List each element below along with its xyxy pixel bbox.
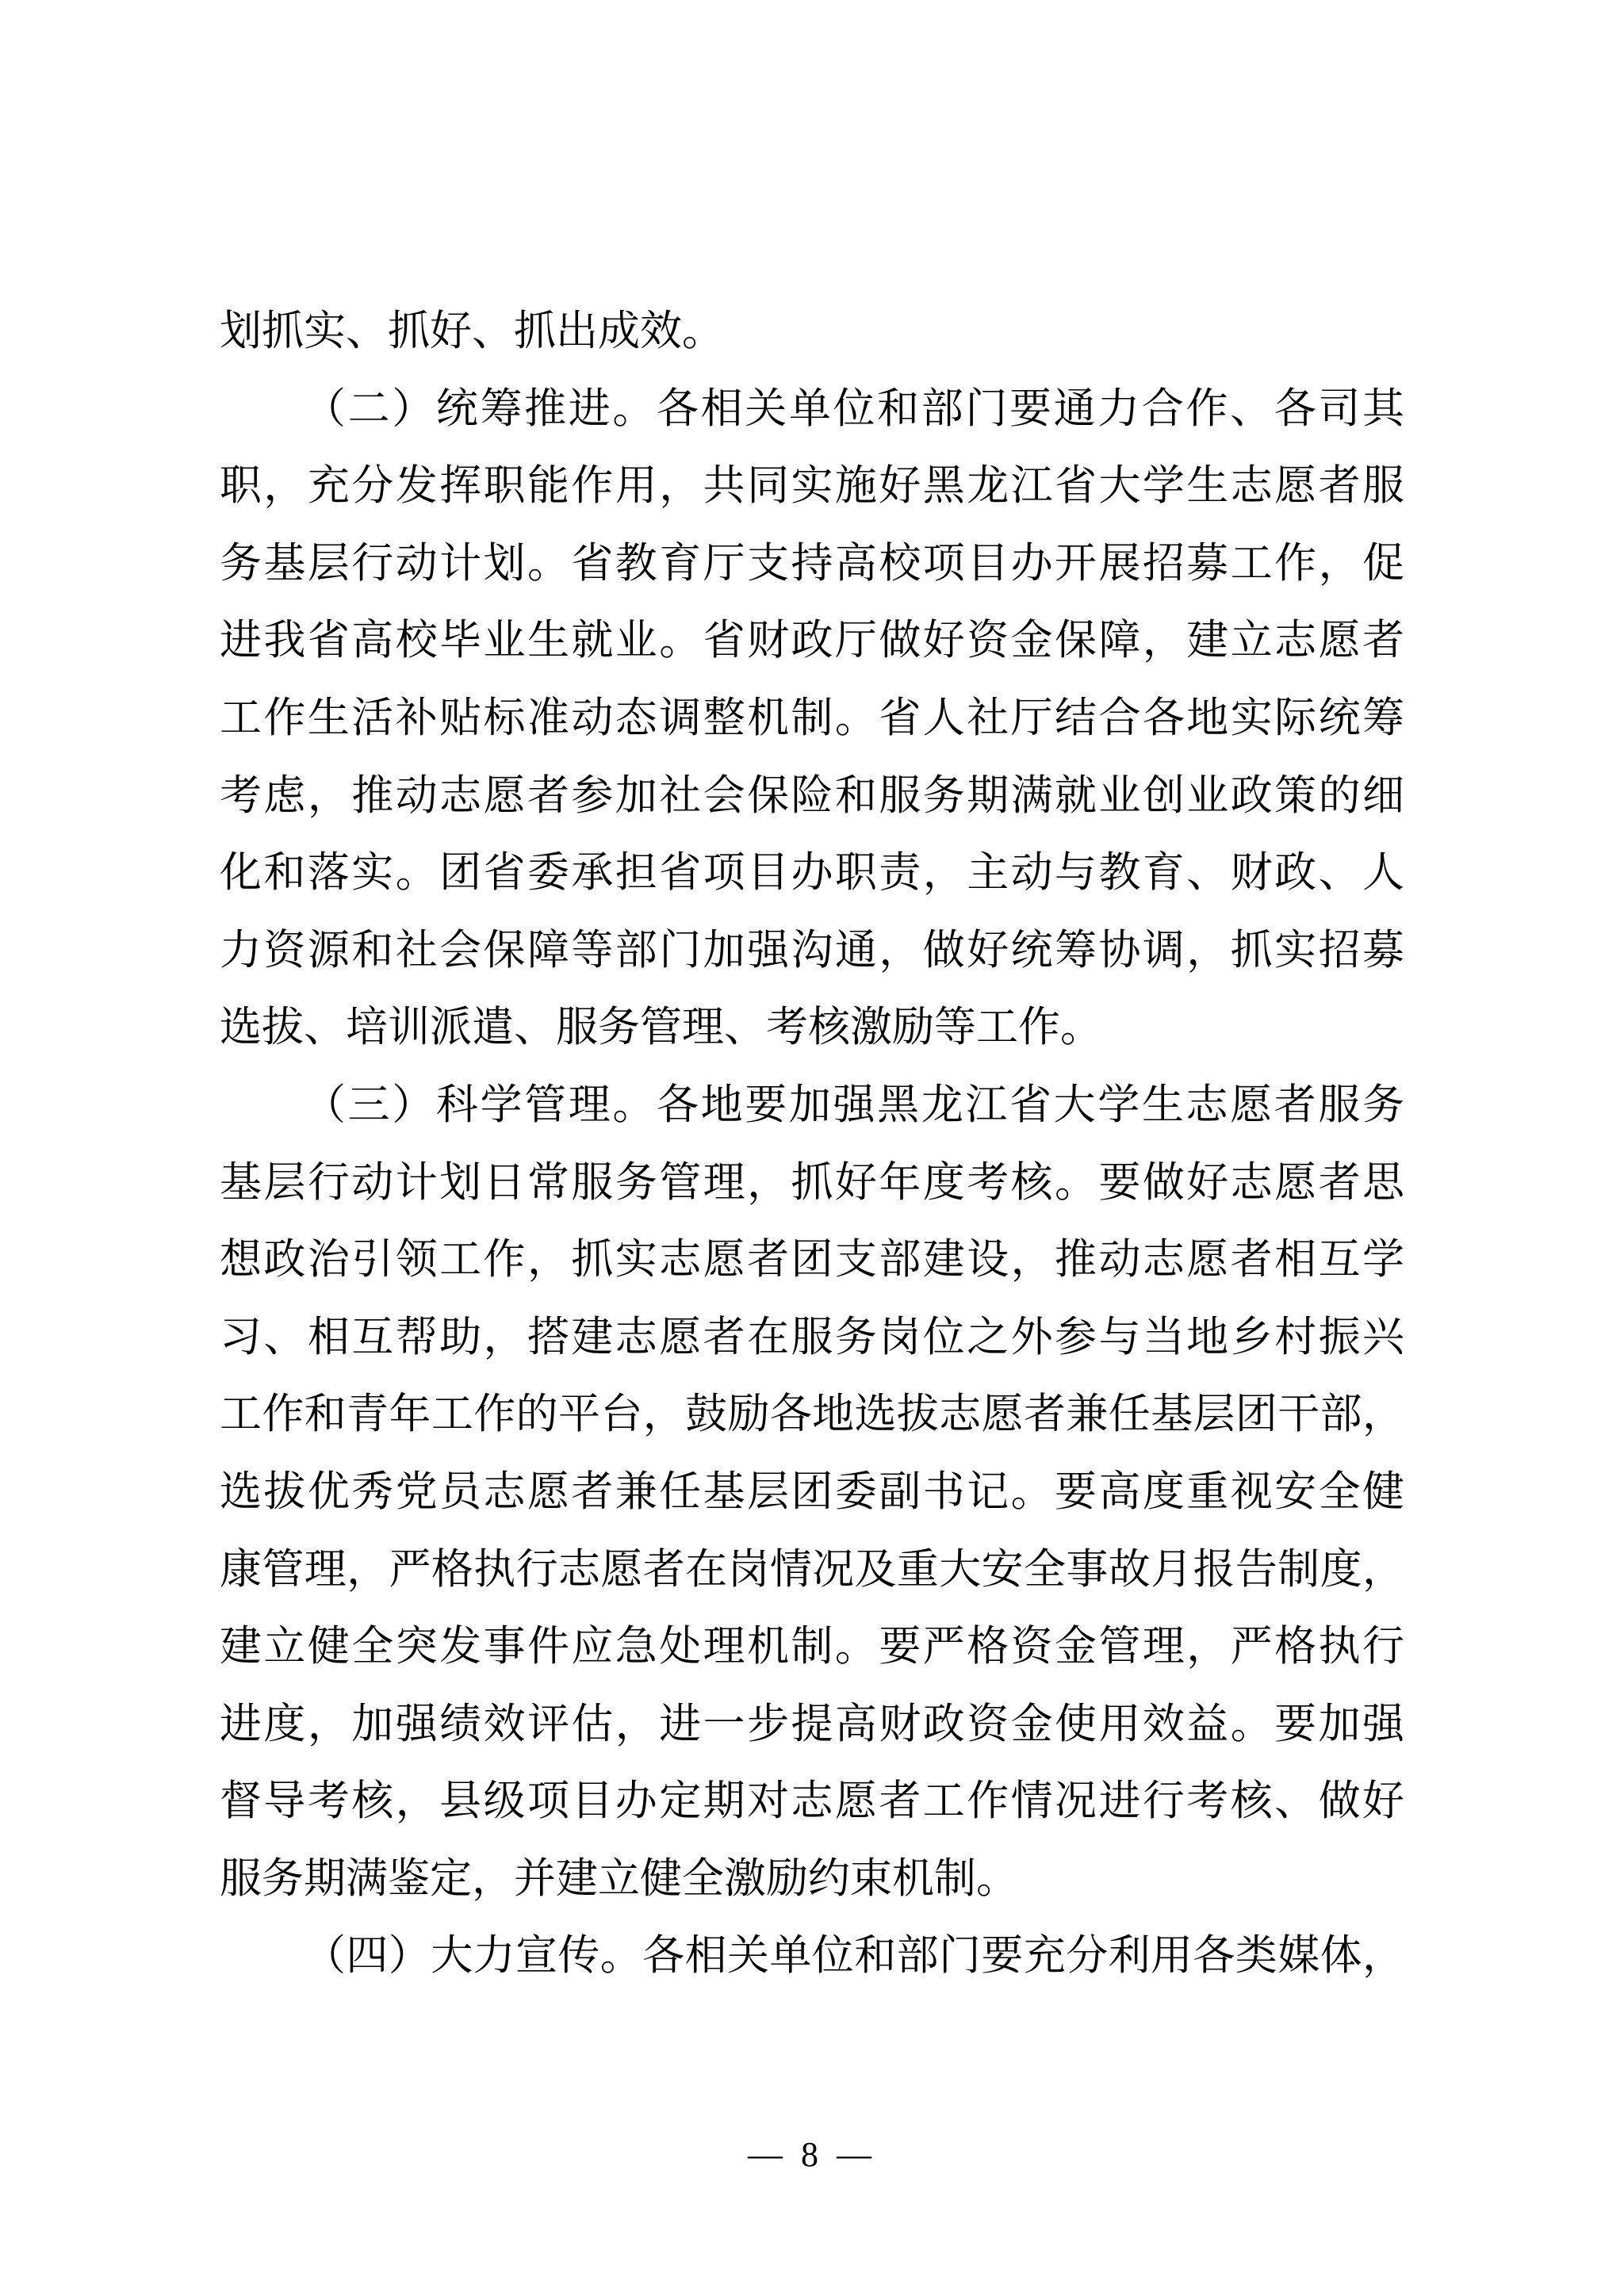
- text-line: 习、相互帮助，搭建志愿者在服务岗位之外参与当地乡村振兴: [220, 1299, 1404, 1377]
- text-line: 考虑，推动志愿者参加社会保险和服务期满就业创业政策的细: [220, 758, 1404, 836]
- text-line: 进我省高校毕业生就业。省财政厅做好资金保障，建立志愿者: [220, 603, 1404, 680]
- text-line: 进度，加强绩效评估，进一步提高财政资金使用效益。要加强: [220, 1686, 1404, 1764]
- text-line: 服务期满鉴定，并建立健全激励约束机制。: [220, 1841, 1404, 1919]
- text-line: 工作和青年工作的平台，鼓励各地选拔志愿者兼任基层团干部，: [220, 1376, 1404, 1454]
- text-line: 划抓实、抓好、抓出成效。: [220, 293, 1404, 371]
- text-line: 康管理，严格执行志愿者在岗情况及重大安全事故月报告制度，: [220, 1532, 1404, 1609]
- text-line: 力资源和社会保障等部门加强沟通，做好统筹协调，抓实招募: [220, 913, 1404, 990]
- text-line: 建立健全突发事件应急处理机制。要严格资金管理，严格执行: [220, 1609, 1404, 1686]
- text-line: 选拔、培训派遣、服务管理、考核激励等工作。: [220, 989, 1404, 1067]
- text-line: 督导考核，县级项目办定期对志愿者工作情况进行考核、做好: [220, 1763, 1404, 1841]
- page-footer: — 8 —: [0, 2134, 1624, 2175]
- text-line: 职，充分发挥职能作用，共同实施好黑龙江省大学生志愿者服: [220, 448, 1404, 526]
- text-line: 务基层行动计划。省教育厅支持高校项目办开展招募工作，促: [220, 526, 1404, 603]
- text-line: 选拔优秀党员志愿者兼任基层团委副书记。要高度重视安全健: [220, 1454, 1404, 1532]
- text-line: 想政治引领工作，抓实志愿者团支部建设，推动志愿者相互学: [220, 1222, 1404, 1299]
- document-page: 划抓实、抓好、抓出成效。 （二）统筹推进。各相关单位和部门要通力合作、各司其 职…: [0, 0, 1624, 2296]
- text-line: （四）大力宣传。各相关单位和部门要充分利用各类媒体，: [220, 1918, 1404, 1996]
- page-number: — 8 —: [748, 2135, 876, 2174]
- text-line: 工作生活补贴标准动态调整机制。省人社厅结合各地实际统筹: [220, 680, 1404, 758]
- text-line: 基层行动计划日常服务管理，抓好年度考核。要做好志愿者思: [220, 1145, 1404, 1223]
- text-line: （三）科学管理。各地要加强黑龙江省大学生志愿者服务: [220, 1067, 1404, 1145]
- document-body: 划抓实、抓好、抓出成效。 （二）统筹推进。各相关单位和部门要通力合作、各司其 职…: [220, 293, 1404, 1996]
- text-line: 化和落实。团省委承担省项目办职责，主动与教育、财政、人: [220, 835, 1404, 913]
- text-line: （二）统筹推进。各相关单位和部门要通力合作、各司其: [220, 371, 1404, 449]
